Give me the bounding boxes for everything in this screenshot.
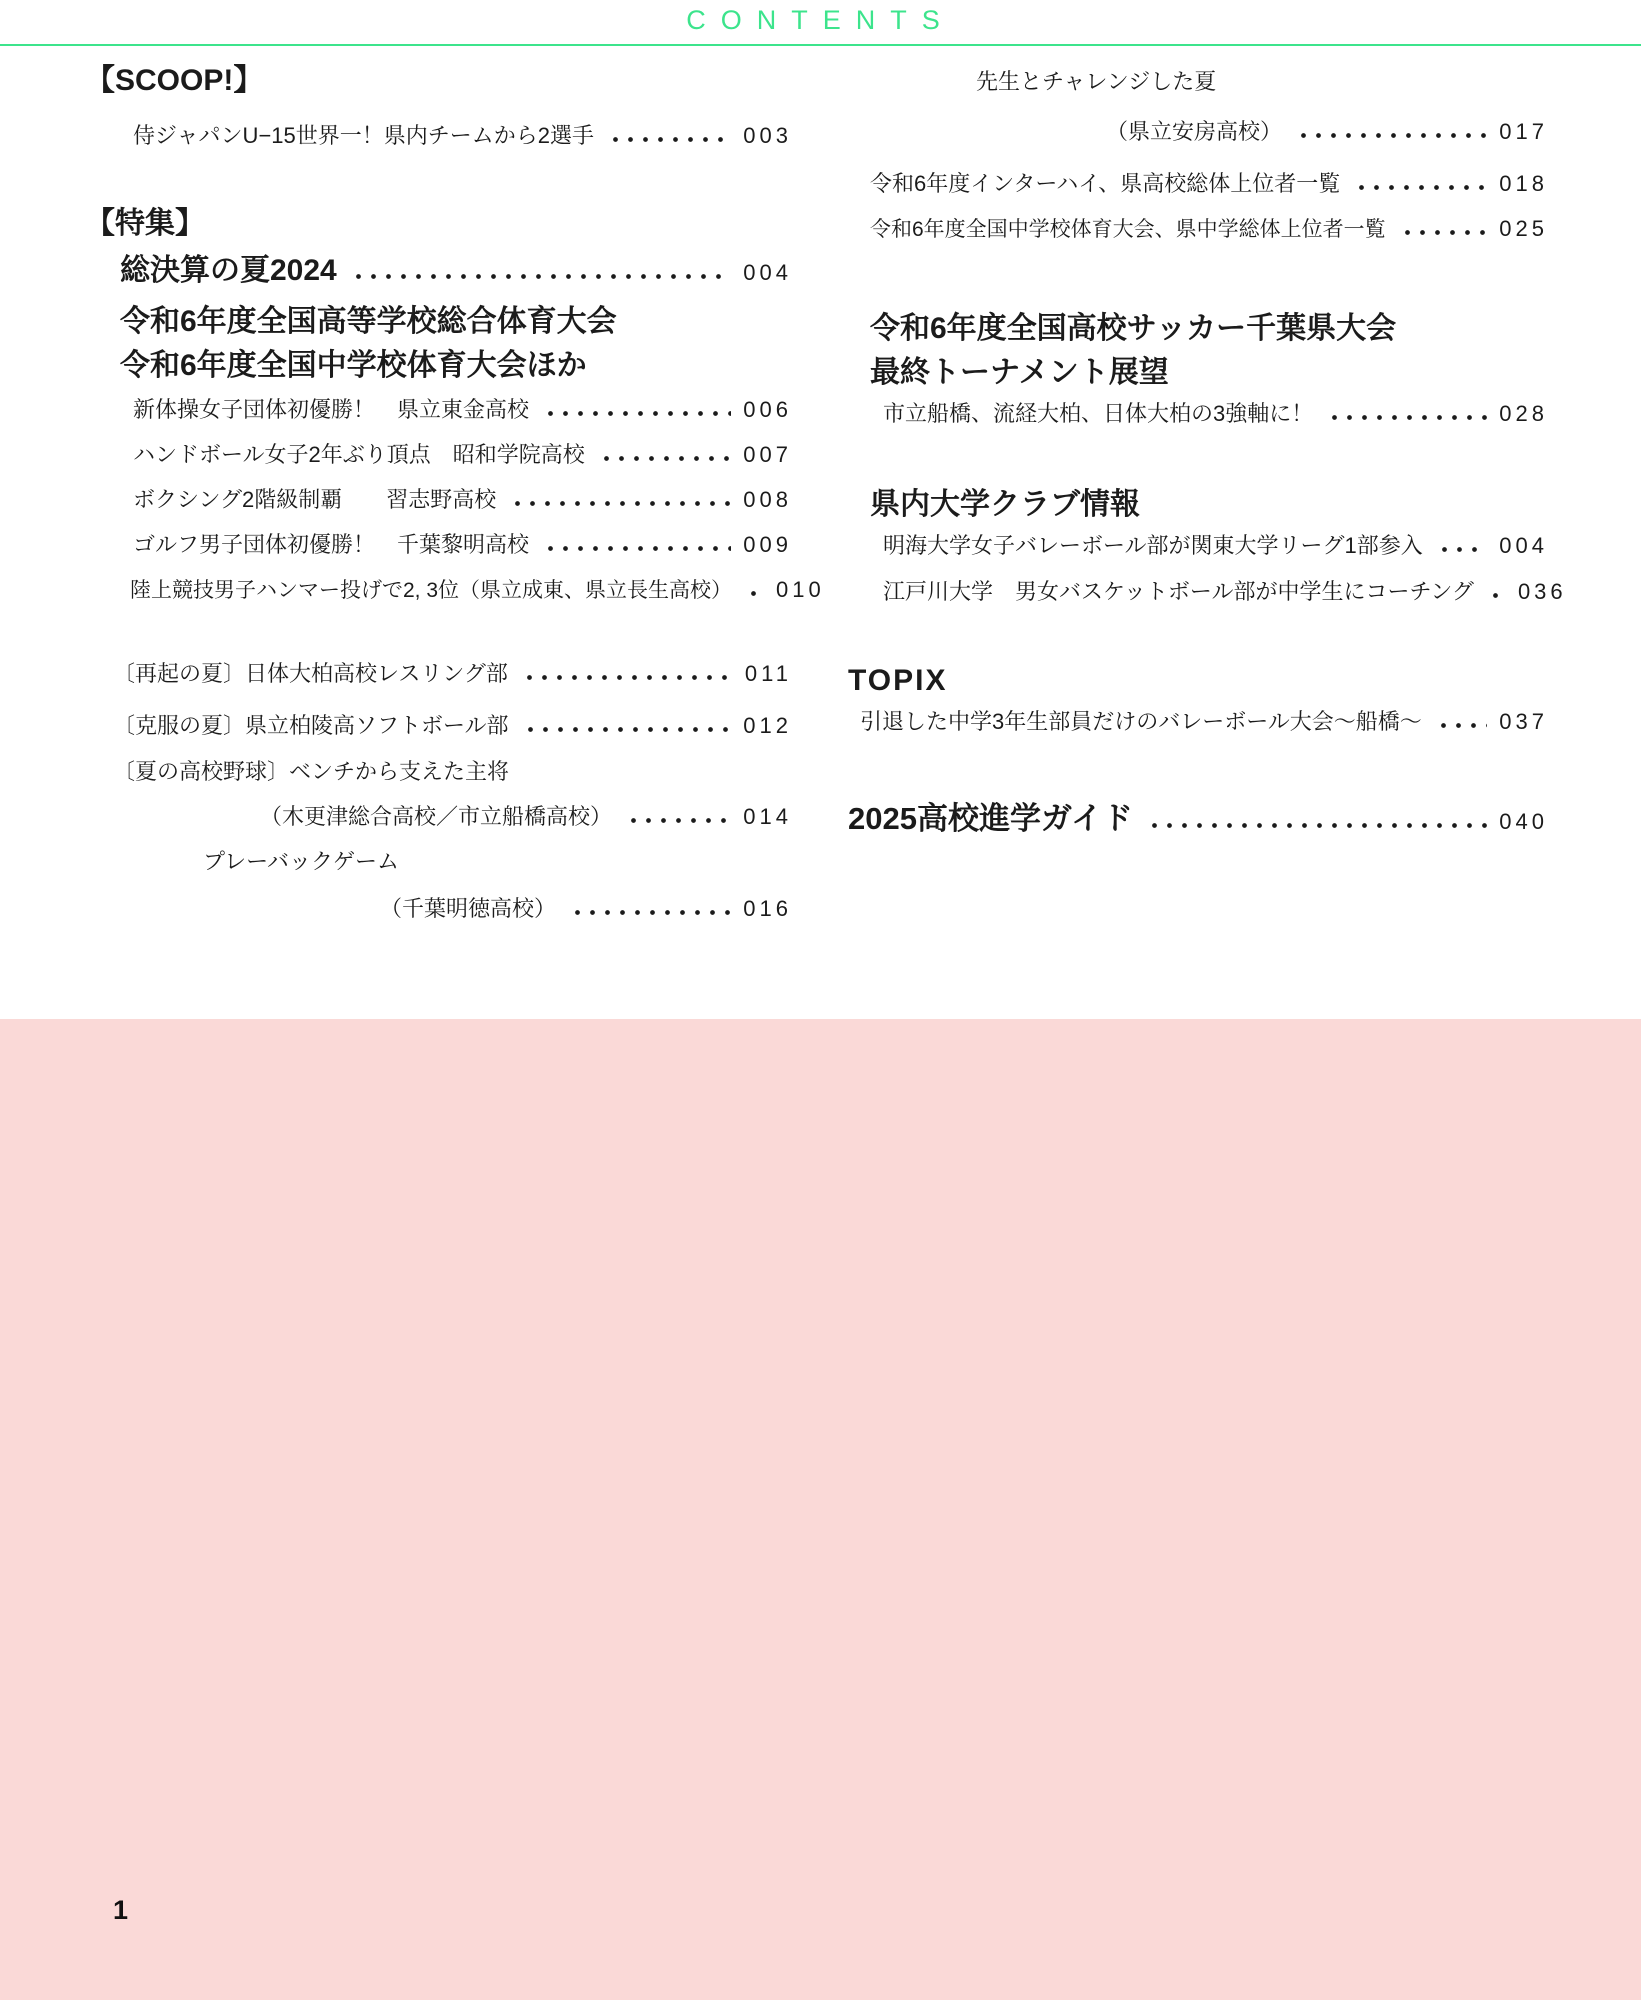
scoop-header: 【SCOOP!】 [85,62,792,100]
dot-leader [1436,722,1487,729]
toc-entry-page: 028 [1499,400,1548,428]
toc-entry: 市立船橋、流経大柏、日体大柏の3強軸に！ 028 [848,400,1548,428]
topix-header: TOPIX [848,662,1548,700]
toc-entry-label: 総決算の夏2024 [120,252,337,290]
toc-entry-label: 明海大学女子バレーボール部が関東大学リーグ1部参入 [883,532,1423,560]
section-title: 県内大学クラブ情報 [848,486,1548,524]
toc-entry-label: 侍ジャパンU−15世界一！県内チームから2選手 [133,122,594,150]
toc-entry: （県立安房高校） 017 [848,118,1548,146]
toc-entry-page: 037 [1499,708,1548,736]
feature-title: 総決算の夏2024 004 [85,252,792,290]
feature-header: 【特集】 [85,205,792,243]
toc-entry-page: 040 [1499,808,1548,836]
toc-entry: 引退した中学3年生部員だけのバレーボール大会～船橋～ 037 [848,708,1548,736]
dot-leader [543,545,731,552]
toc-entry-label: 市立船橋、流経大柏、日体大柏の3強軸に！ [883,400,1313,428]
toc-entry: 侍ジャパンU−15世界一！県内チームから2選手 003 [85,122,792,150]
toc-entry: 〔克服の夏〕県立柏陵高ソフトボール部 012 [85,712,792,740]
toc-entry-page: 018 [1499,170,1548,198]
toc-entry-label: プレーバックゲーム [203,848,399,876]
toc-entry-label: （千葉明徳高校） [380,895,556,923]
toc-entry: 江戸川大学 男女バスケットボール部が中学生にコーチング 036 [848,578,1548,606]
toc-entry-label: ゴルフ男子団体初優勝！ 千葉黎明高校 [133,531,529,559]
toc-entry: 令和6年度全国中学校体育大会、県中学総体上位者一覧 025 [848,215,1548,243]
left-column: 【SCOOP!】 侍ジャパンU−15世界一！県内チームから2選手 003 【特集… [85,0,792,960]
toc-entry-page: 036 [1518,578,1567,606]
toc-entry-label: 引退した中学3年生部員だけのバレーボール大会～船橋～ [860,708,1422,736]
toc-entry-label: （県立安房高校） [1106,118,1282,146]
dot-leader [523,726,732,733]
toc-entry-page: 004 [743,259,792,287]
dot-leader [1488,592,1506,599]
dot-leader [522,674,733,681]
toc-entry-label: 令和6年度全国高校サッカー千葉県大会 [870,310,1396,348]
toc-entry-label: 先生とチャレンジした夏 [976,68,1216,96]
toc-entry: 〔夏の高校野球〕ベンチから支えた主将 [85,758,792,786]
toc-entry-label: 新体操女子団体初優勝！ 県立東金高校 [133,396,529,424]
section-label: TOPIX [848,662,947,700]
section-title: 令和6年度全国高校サッカー千葉県大会 [848,310,1548,348]
dot-leader [1296,132,1487,139]
toc-entry-label: 県内大学クラブ情報 [870,486,1140,524]
section-title: 最終トーナメント展望 [848,354,1548,392]
page-number: 1 [113,1895,128,1926]
dot-leader [1437,546,1487,553]
toc-entry-page: 007 [743,441,792,469]
pink-panel [0,1019,1641,2000]
toc-entry-label: 陸上競技男子ハンマー投げで2, 3位（県立成東、県立長生高校） [130,578,732,604]
section-label: 【特集】 [85,205,205,243]
toc-entry-label: 〔克服の夏〕県立柏陵高ソフトボール部 [113,712,509,740]
dot-leader [570,909,731,916]
toc-entry-label: 最終トーナメント展望 [870,354,1169,392]
toc-entry: （千葉明徳高校） 016 [85,895,792,923]
toc-entry-page: 017 [1499,118,1548,146]
toc-entry: 〔再起の夏〕日体大柏高校レスリング部 011 [85,660,792,688]
dot-leader [608,136,731,143]
toc-entry-page: 004 [1499,532,1548,560]
toc-entry: ハンドボール女子2年ぶり頂点 昭和学院高校 007 [85,441,792,469]
toc-entry-label: 2025高校進学ガイド [848,800,1133,839]
toc-entry-page: 014 [743,803,792,831]
toc-entry-page: 016 [743,895,792,923]
toc-entry-label: 令和6年度全国中学校体育大会、県中学総体上位者一覧 [870,217,1386,243]
toc-entry: 陸上競技男子ハンマー投げで2, 3位（県立成東、県立長生高校） 010 [85,576,792,604]
toc-entry-page: 009 [743,531,792,559]
dot-leader [351,273,732,280]
toc-entry-page: 010 [776,576,825,604]
dot-leader [510,500,731,507]
dot-leader [1147,822,1487,829]
dot-leader [1327,414,1487,421]
toc-entry: ゴルフ男子団体初優勝！ 千葉黎明高校 009 [85,531,792,559]
toc-entry: 令和6年度インターハイ、県高校総体上位者一覧 018 [848,170,1548,198]
toc-entry-label: 江戸川大学 男女バスケットボール部が中学生にコーチング [883,578,1474,606]
toc-entry-label: （木更津総合高校／市立船橋高校） [260,803,612,831]
dot-leader [1354,184,1487,191]
dot-leader [626,817,731,824]
toc-entry: 明海大学女子バレーボール部が関東大学リーグ1部参入 004 [848,532,1548,560]
toc-entry-label: ハンドボール女子2年ぶり頂点 昭和学院高校 [133,441,585,469]
section-label: 【SCOOP!】 [85,62,263,100]
feature-subtitle: 令和6年度全国高等学校総合体育大会 [85,303,792,341]
toc-entry: プレーバックゲーム [85,848,792,876]
toc-entry-page: 003 [743,122,792,150]
toc-entry: 新体操女子団体初優勝！ 県立東金高校 006 [85,396,792,424]
toc-entry-page: 008 [743,486,792,514]
toc-entry-page: 011 [745,660,792,688]
toc-entry-label: 〔夏の高校野球〕ベンチから支えた主将 [113,758,509,786]
toc-entry-page: 025 [1499,215,1548,243]
toc-entry-label: ボクシング2階級制覇 習志野高校 [133,486,496,514]
toc-entry: ボクシング2階級制覇 習志野高校 008 [85,486,792,514]
toc-entry-page: 012 [743,712,792,740]
guide-title: 2025高校進学ガイド 040 [848,800,1548,839]
toc-entry-label: 令和6年度インターハイ、県高校総体上位者一覧 [870,170,1340,198]
dot-leader [1400,229,1488,236]
toc-entry: （木更津総合高校／市立船橋高校） 014 [85,803,792,831]
right-column: 先生とチャレンジした夏 （県立安房高校） 017 令和6年度インターハイ、県高校… [848,0,1548,860]
feature-subtitle: 令和6年度全国中学校体育大会ほか [85,347,792,385]
toc-entry-page: 006 [743,396,792,424]
dot-leader [746,590,764,597]
toc-entry: 先生とチャレンジした夏 [848,68,1548,96]
toc-entry-label: 令和6年度全国高等学校総合体育大会 [120,303,617,341]
dot-leader [599,455,731,462]
toc-entry-label: 〔再起の夏〕日体大柏高校レスリング部 [113,660,508,688]
dot-leader [543,410,731,417]
toc-entry-label: 令和6年度全国中学校体育大会ほか [120,347,587,385]
